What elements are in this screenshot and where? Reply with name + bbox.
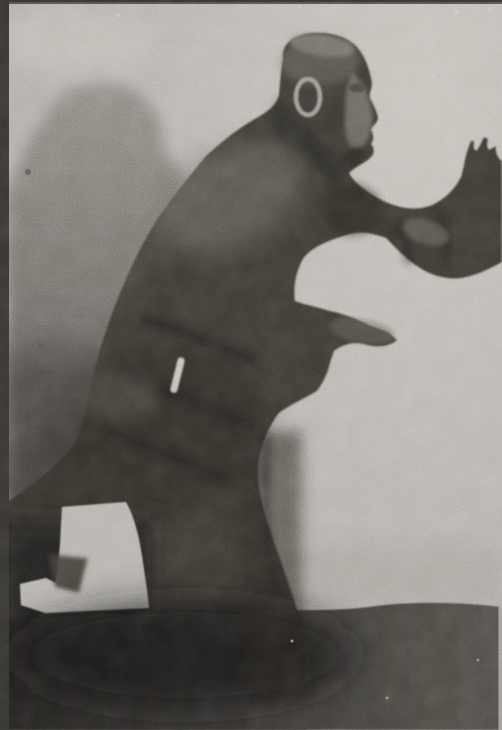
photo-canvas — [0, 0, 502, 730]
grain-blotch-overlay — [0, 0, 502, 730]
photograph — [0, 0, 502, 730]
